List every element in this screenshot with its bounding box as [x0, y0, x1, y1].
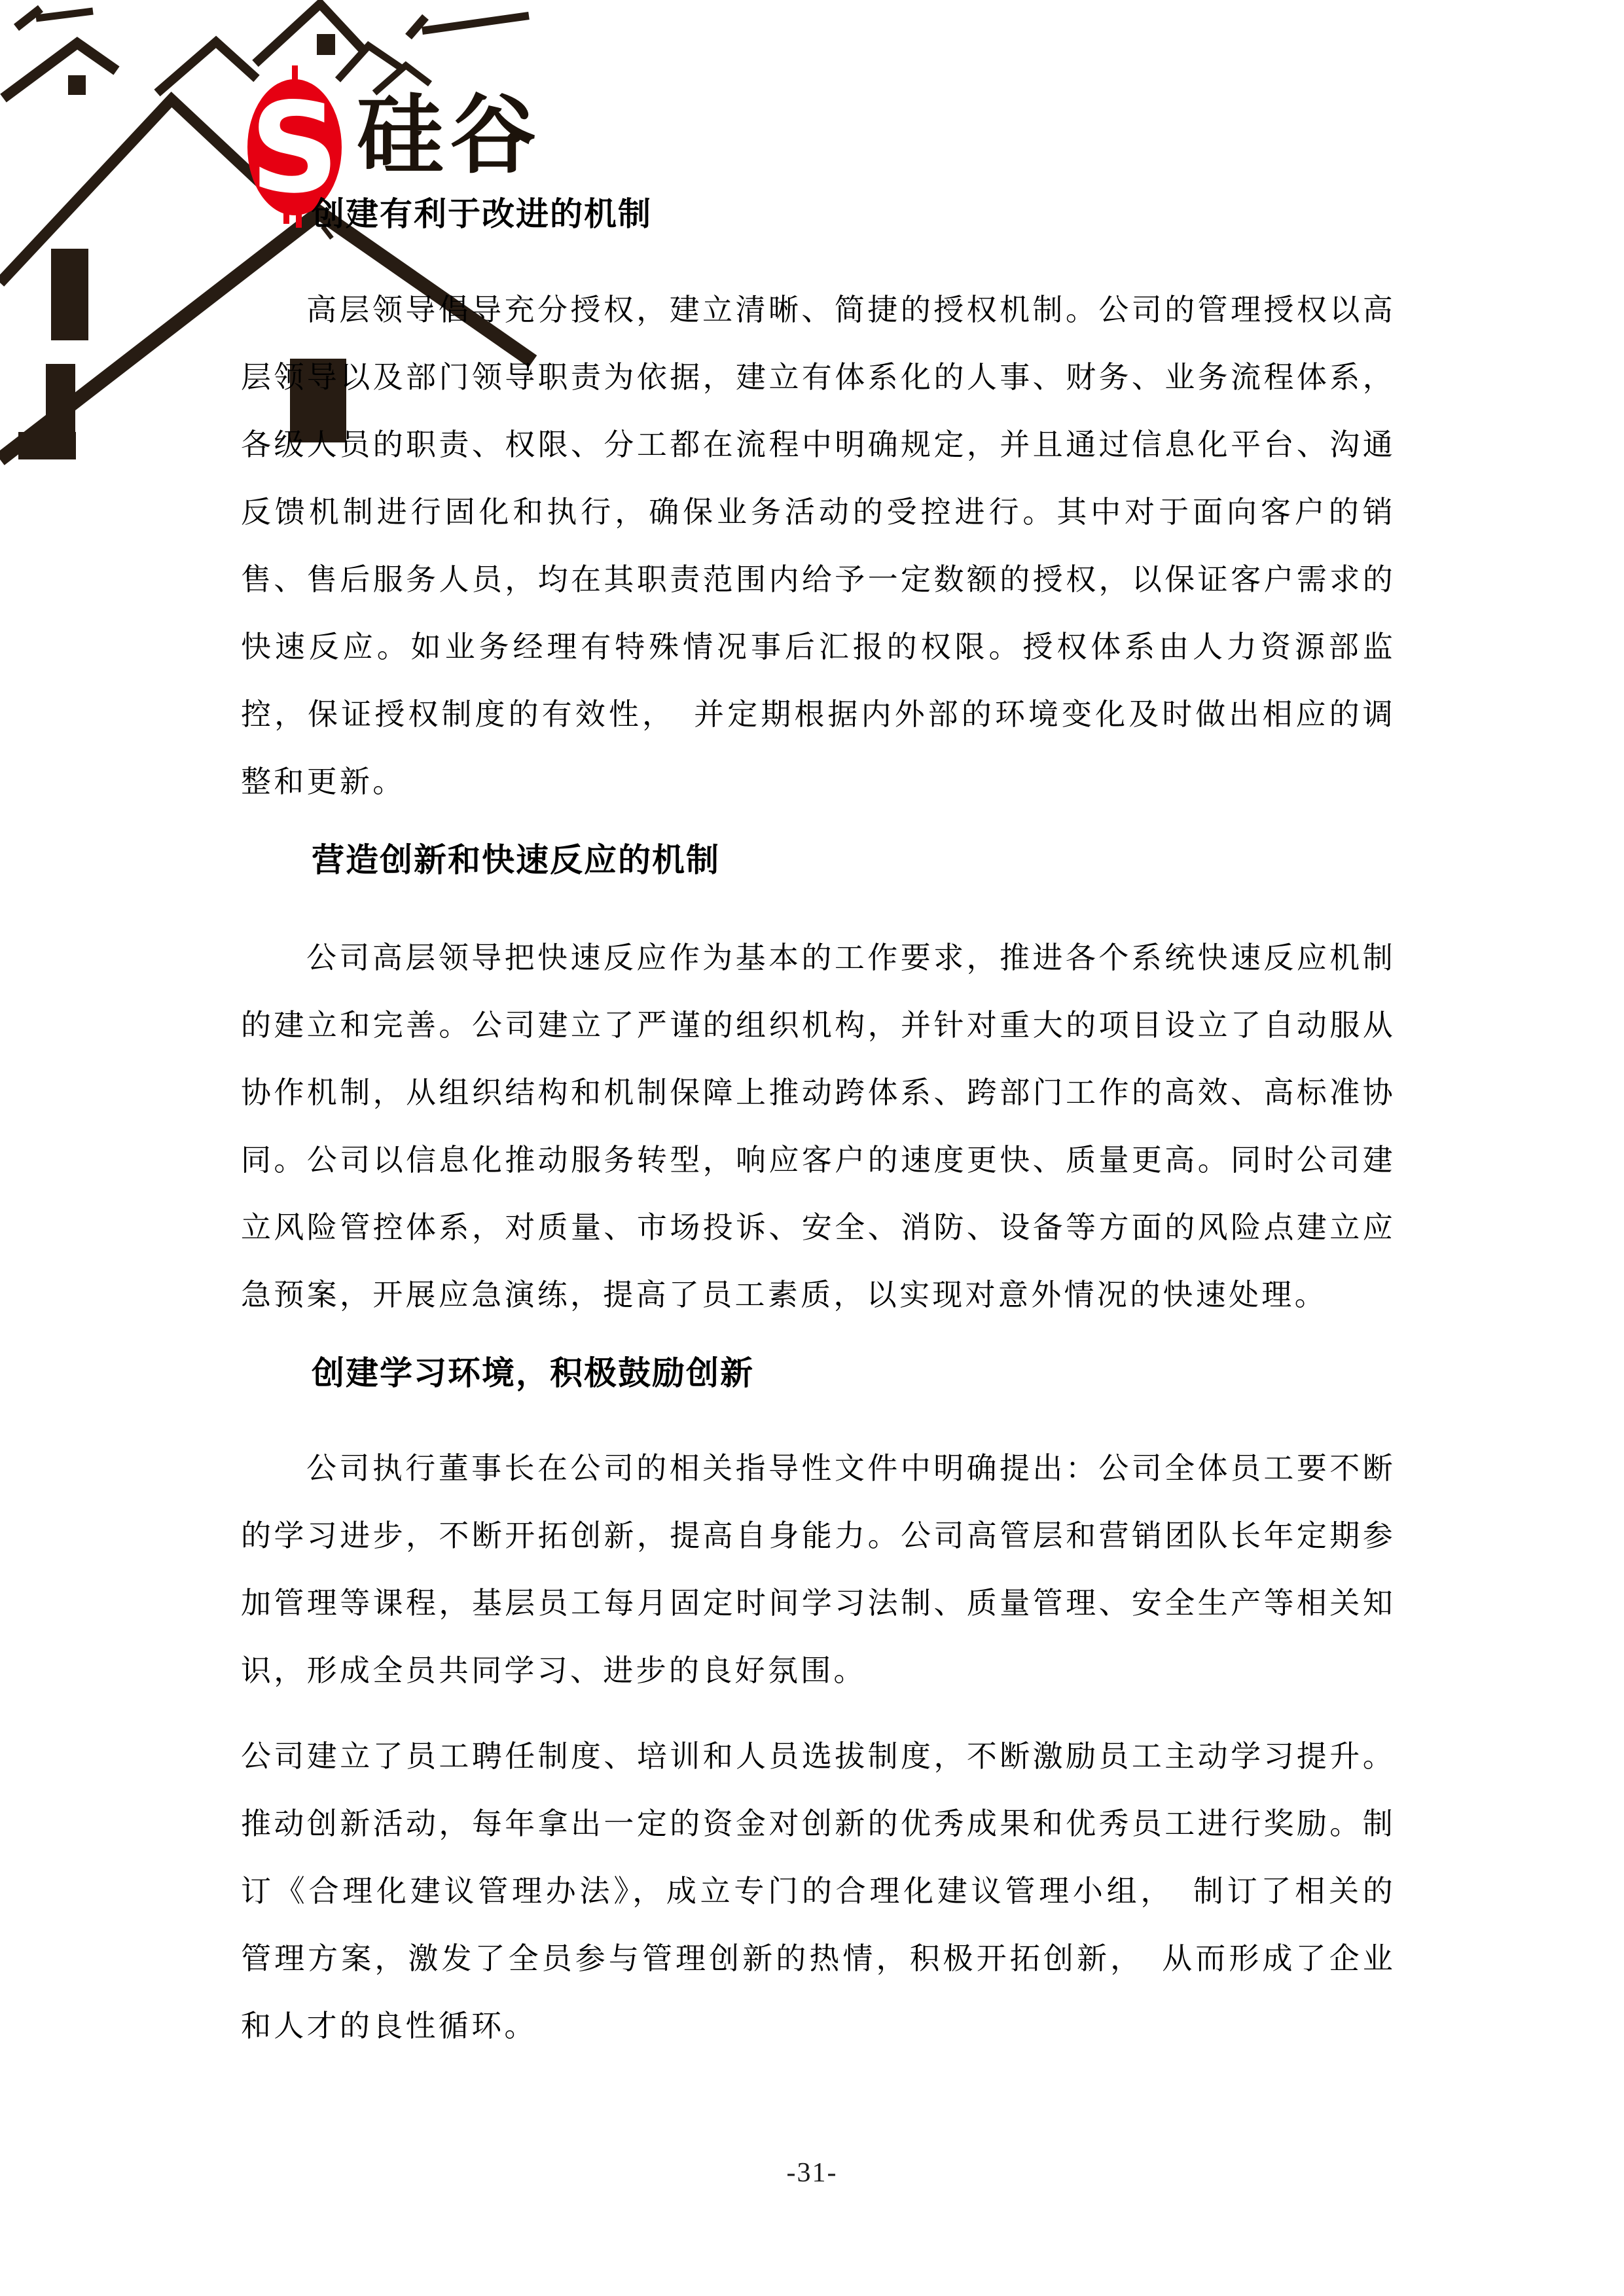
section-heading-innovation-rapid-response: 营造创新和快速反应的机制	[312, 827, 1490, 894]
paragraph-rapid-response: 公司高层领导把快速反应作为基本的工作要求，推进各个系统快速反应机制的建立和完善。…	[241, 924, 1396, 1329]
section-heading-improvement-mechanism: 创建有利于改进的机制	[312, 181, 1490, 248]
logo-brand-text: 硅谷	[357, 84, 543, 187]
page-number: -31-	[0, 2157, 1624, 2189]
paragraph-learning: 公司执行董事长在公司的相关指导性文件中明确提出：公司全体员工要不断的学习进步，不…	[241, 1435, 1396, 1704]
paragraph-employment-system: 公司建立了员工聘任制度、培训和人员选拔制度，不断激励员工主动学习提升。推动创新活…	[241, 1723, 1396, 2060]
section-heading-learning-environment: 创建学习环境，积极鼓励创新	[312, 1340, 1490, 1407]
paragraph-authorization: 高层领导倡导充分授权，建立清晰、简捷的授权机制。公司的管理授权以高层领导以及部门…	[241, 276, 1396, 816]
document-page: S 硅谷 创建有利于改进的机制 高层领导倡导充分授权，建立清晰、简捷的授权机制。…	[0, 0, 1624, 2296]
